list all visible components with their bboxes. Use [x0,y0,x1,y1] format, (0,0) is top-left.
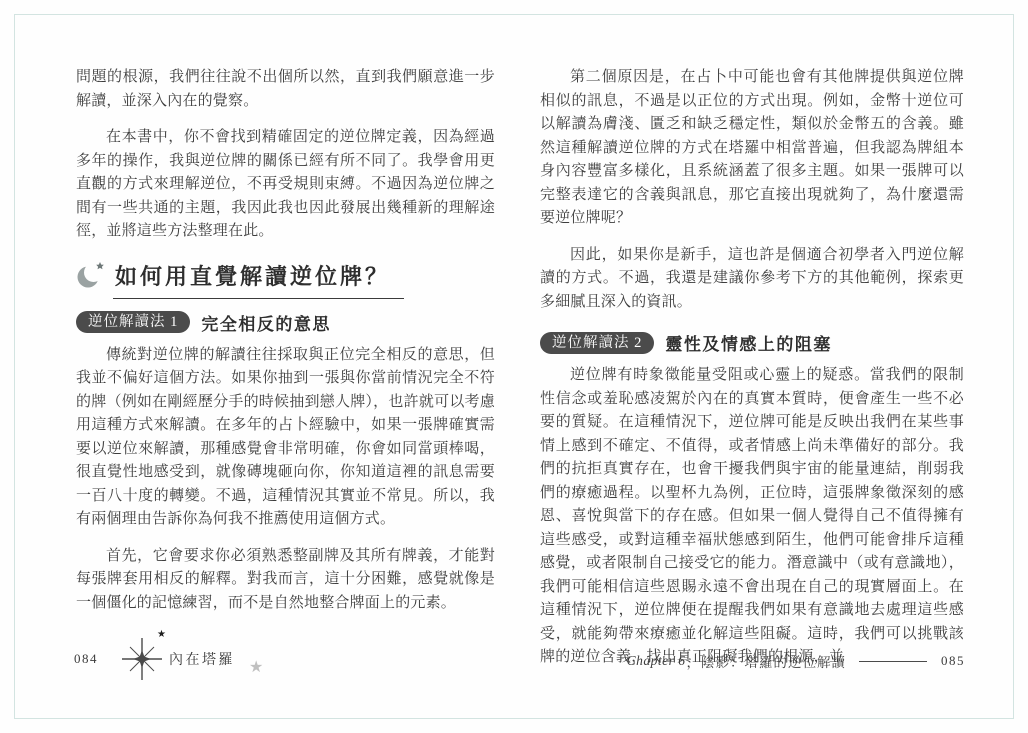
paragraph: 傳統對逆位牌的解讀往往採取與正位完全相反的意思，但我並不偏好這個方法。如果你抽到… [76,344,495,532]
section-heading: 如何用直覺解讀逆位牌？ [113,260,404,299]
book-title: 內在塔羅 [169,649,235,669]
chapter-title: 陰影：塔羅的逆位解讀 [701,651,846,671]
chapter-separator: ， [687,651,701,671]
method-title: 完全相反的意思 [201,310,331,335]
book-spread: 問題的根源，我們往往說不出個所以然，直到我們願意進一步解讀，並深入內在的覺察。 … [0,0,1028,733]
page-number: 085 [941,653,965,669]
paragraph: 逆位牌有時象徵能量受阻或心靈上的疑惑。當我們的限制性信念或羞恥感凌駕於內在的真實… [540,364,964,670]
method-badge: 逆位解讀法 1 [76,311,190,333]
page-number: 084 [74,651,98,667]
method-1-row: 逆位解讀法 1 完全相反的意思 [76,310,495,335]
chapter-label: Chapter 6 [627,653,686,669]
paragraph: 首先，它會要求你必須熟悉整副牌及其所有牌義，才能對每張牌套用相反的解釋。對我而言… [76,545,495,616]
section-heading-row: 如何用直覺解讀逆位牌？ [76,260,495,299]
paragraph: 問題的根源，我們往往說不出個所以然，直到我們願意進一步解讀，並深入內在的覺察。 [76,66,495,113]
gray-star-icon: ★ [249,659,263,675]
method-badge: 逆位解讀法 2 [540,332,654,354]
method-2-row: 逆位解讀法 2 靈性及情感上的阻塞 [540,330,964,355]
paragraph: 第二個原因是，在占卜中可能也會有其他牌提供與逆位牌相似的訊息，不過是以正位的方式… [540,66,964,231]
left-page: 問題的根源，我們往往說不出個所以然，直到我們願意進一步解讀，並深入內在的覺察。 … [76,66,495,615]
footer-rule-line [859,661,927,662]
right-page: 第二個原因是，在占卜中可能也會有其他牌提供與逆位牌相似的訊息，不過是以正位的方式… [540,66,964,670]
sparkle-icon: ★ [122,638,162,680]
left-page-footer: 084 ★ 內在塔羅 ★ [74,638,263,680]
paragraph: 因此，如果你是新手，這也許是個適合初學者入門逆位解讀的方式。不過，我還是建議你參… [540,244,964,315]
crescent-moon-icon [76,260,106,290]
right-page-footer: Chapter 6 ， 陰影：塔羅的逆位解讀 085 [627,651,965,671]
method-title: 靈性及情感上的阻塞 [665,330,832,355]
small-black-star-icon: ★ [157,630,166,640]
paragraph: 在本書中，你不會找到精確固定的逆位牌定義，因為經過多年的操作，我與逆位牌的關係已… [76,126,495,244]
